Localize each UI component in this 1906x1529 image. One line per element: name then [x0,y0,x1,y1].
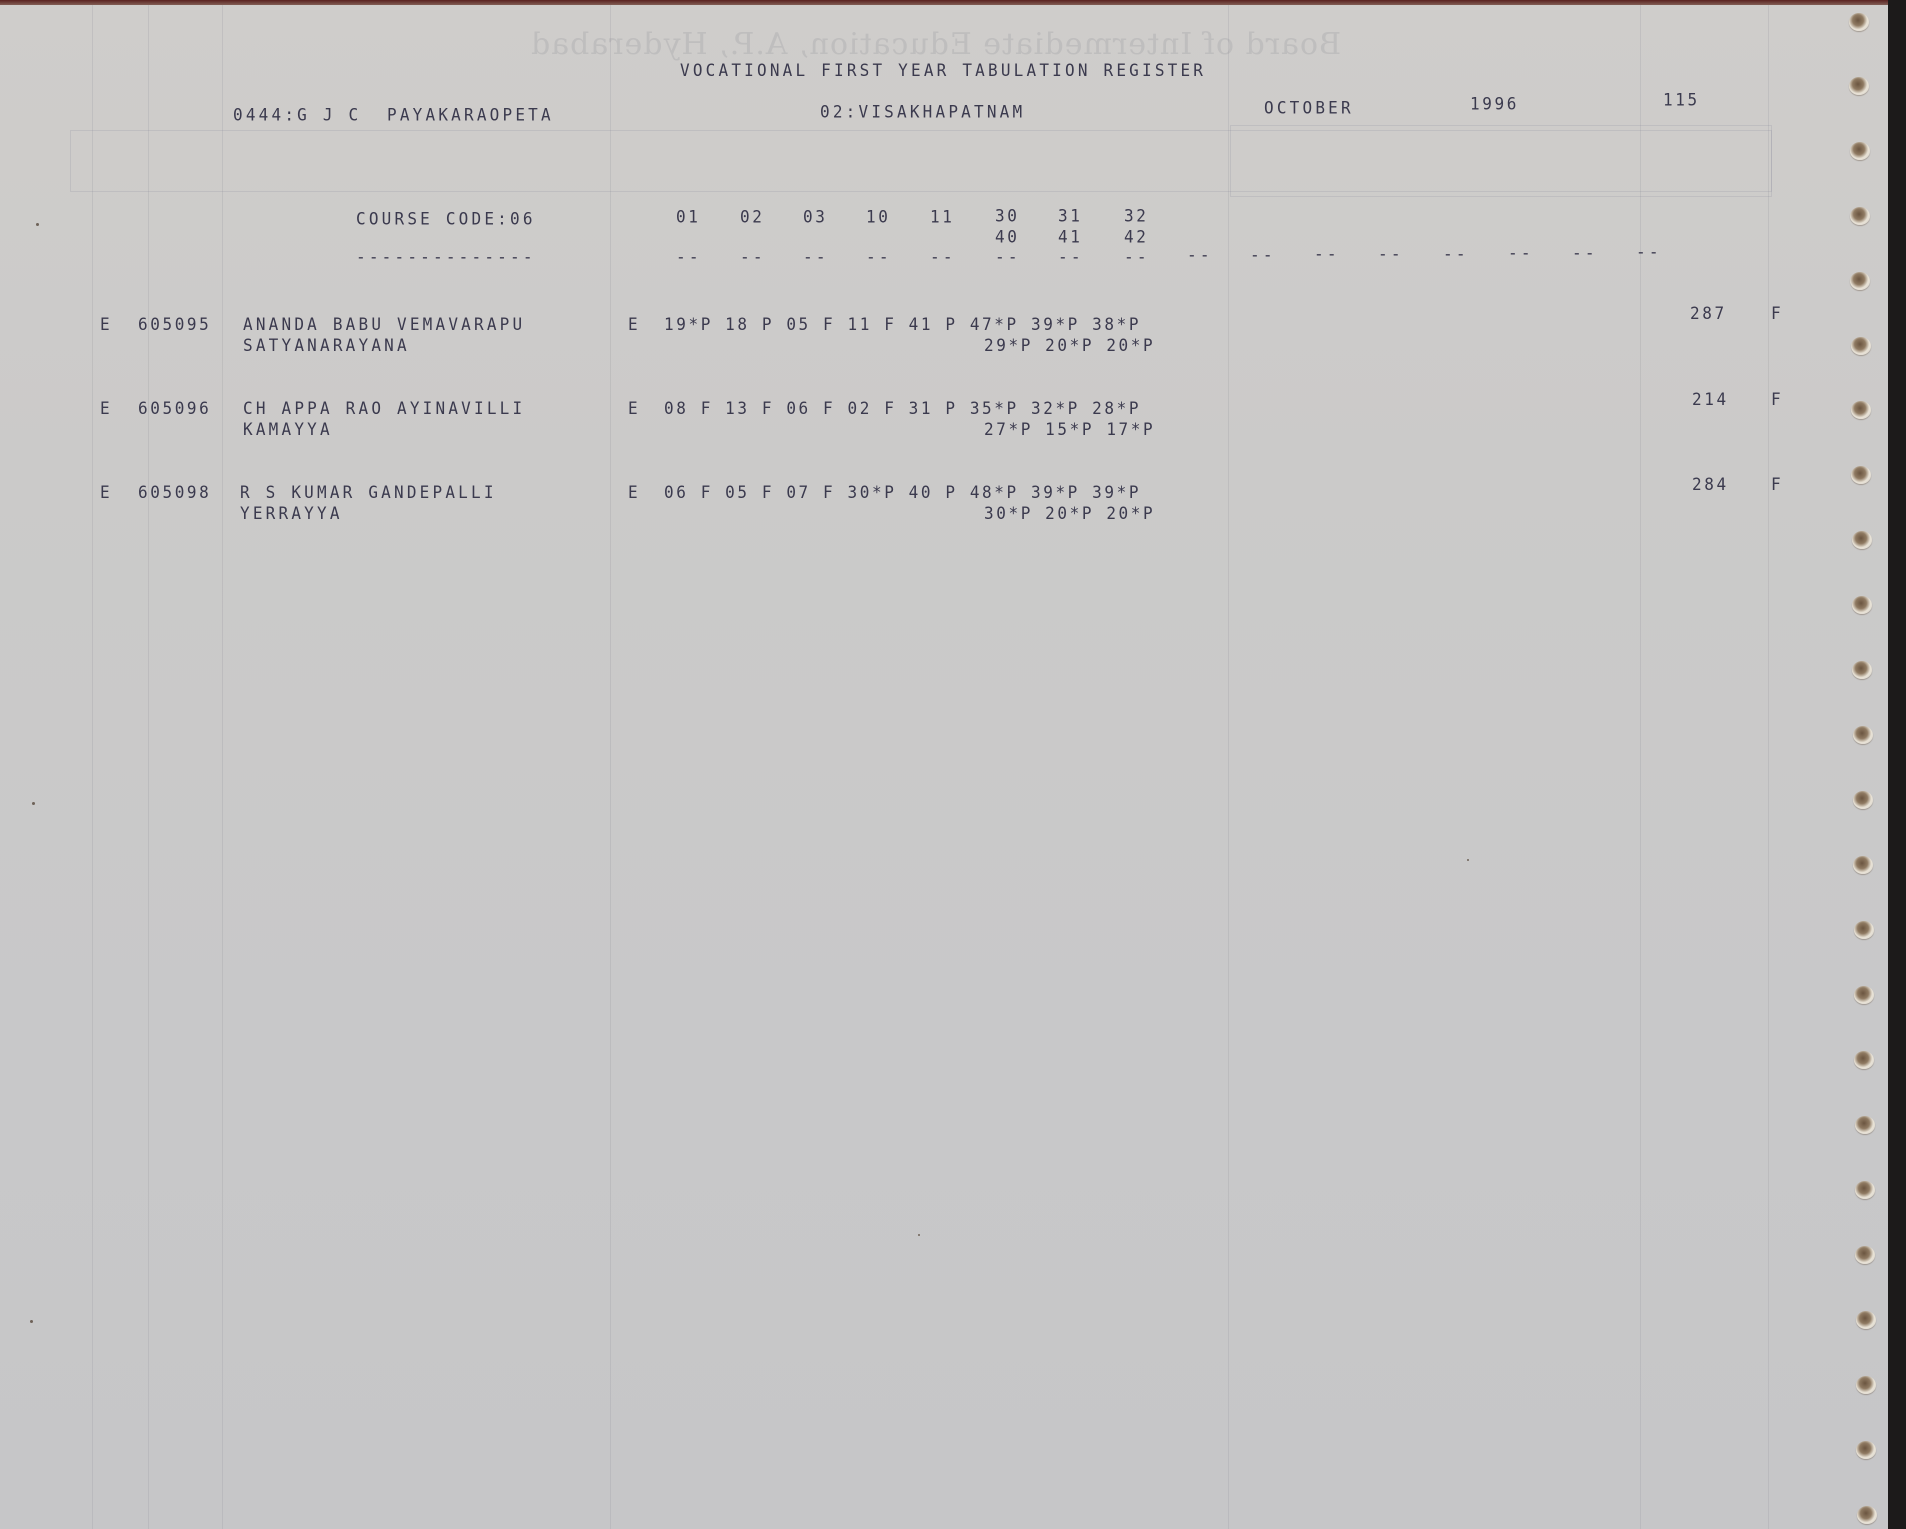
marks-line-1: 06 F 05 F 07 F 30*P 40 P 48*P 39*P 39*P [664,484,1141,503]
column-dash: -- [740,248,766,267]
subject-code: 32 [1124,207,1148,226]
sprocket-hole-icon [1851,337,1871,355]
subject-code: 03 [803,208,827,227]
column-dash: -- [995,248,1021,267]
column-dash: -- [803,248,829,267]
subject-code: 31 [1058,207,1082,226]
exam-year: 1996 [1470,95,1519,114]
student-name: CH APPA RAO AYINAVILLI [243,400,525,419]
subject-code: 01 [676,208,700,227]
total-marks: 284 [1692,476,1729,495]
subject-code: 02 [740,208,764,227]
column-dash: -- [1443,245,1469,264]
sprocket-hole-icon [1854,986,1874,1004]
father-name: SATYANARAYANA [243,337,410,356]
column-dash: -- [1572,244,1598,263]
form-ruling [92,5,93,1529]
student-name: R S KUMAR GANDEPALLI [240,484,497,503]
column-dash: -- [1124,248,1150,267]
medium: E [628,400,641,419]
sprocket-hole-icon [1856,1441,1876,1459]
column-dash: -- [1508,244,1534,263]
medium: E [628,316,641,335]
subject-code: 30 [995,207,1019,226]
paper-speck [32,802,35,805]
paper-speck [1467,859,1469,861]
sprocket-hole-icon [1854,921,1874,939]
sprocket-hole-icon [1853,856,1873,874]
result-status: F [1771,391,1784,410]
column-dash: -- [1058,248,1084,267]
column-dash: -- [1187,246,1213,265]
print-through-form-box [1230,125,1772,197]
father-name: YERRAYYA [240,505,343,524]
paper-speck [30,1320,33,1323]
marks-line-2: 27*P 15*P 17*P [984,421,1155,440]
marks-line-2: 30*P 20*P 20*P [984,505,1155,524]
district-code-name: 02:VISAKHAPATNAM [820,103,1025,122]
marks-line-2: 29*P 20*P 20*P [984,337,1155,356]
column-dash: -- [866,248,892,267]
form-ruling [1640,5,1641,1529]
sprocket-hole-icon [1856,1376,1876,1394]
column-dash: -- [1636,243,1662,262]
sprocket-hole-icon [1852,661,1872,679]
register-title: VOCATIONAL FIRST YEAR TABULATION REGISTE… [680,62,1206,81]
student-name: ANANDA BABU VEMAVARAPU [243,316,525,335]
subject-code: 42 [1124,228,1148,247]
course-code-label: COURSE CODE:06 [356,210,536,229]
medium: E [628,484,641,503]
sprocket-hole-icon [1850,142,1870,160]
college-code-name: 0444:G J C PAYAKARAOPETA [233,106,554,125]
student-category: E [100,484,113,503]
subject-code: 41 [1058,228,1082,247]
sprocket-hole-icon [1851,466,1871,484]
sprocket-hole-icon [1852,531,1872,549]
student-category: E [100,316,113,335]
result-status: F [1771,476,1784,495]
father-name: KAMAYYA [243,421,333,440]
marks-line-1: 08 F 13 F 06 F 02 F 31 P 35*P 32*P 28*P [664,400,1141,419]
subject-code: 11 [930,208,954,227]
roll-number: 605096 [138,400,211,419]
sprocket-hole-icon [1855,1181,1875,1199]
sprocket-hole-icon [1850,272,1870,290]
background-edge [1888,0,1906,1529]
total-marks: 214 [1692,391,1729,410]
sprocket-hole-icon [1853,726,1873,744]
sprocket-hole-icon [1855,1246,1875,1264]
marks-line-1: 19*P 18 P 05 F 11 F 41 P 47*P 39*P 38*P [664,316,1141,335]
print-through-heading: Board of Intermediate Education, A.P., H… [530,27,1341,62]
sprocket-hole-icon [1853,791,1873,809]
roll-number: 605095 [138,316,211,335]
form-ruling [1228,5,1229,1529]
sprocket-hole-icon [1854,1051,1874,1069]
printout-page: Board of Intermediate Education, A.P., H… [0,5,1888,1529]
form-ruling [222,5,223,1529]
course-code-underline: -------------- [356,248,536,267]
sprocket-hole-icon [1851,401,1871,419]
paper-speck [36,223,39,226]
exam-month: OCTOBER [1264,99,1354,118]
form-ruling [148,5,149,1529]
student-category: E [100,400,113,419]
form-ruling [610,5,611,1529]
column-dash: -- [930,248,956,267]
sprocket-hole-icon [1849,77,1869,95]
column-dash: -- [1314,245,1340,264]
sprocket-hole-icon [1849,13,1869,31]
sprocket-hole-icon [1852,596,1872,614]
form-ruling [1768,5,1769,1529]
subject-code: 10 [866,208,890,227]
total-marks: 287 [1690,305,1727,324]
column-dash: -- [1378,245,1404,264]
column-dash: -- [1250,246,1276,265]
result-status: F [1771,305,1784,324]
sprocket-hole-icon [1850,207,1870,225]
column-dash: -- [676,248,702,267]
sprocket-hole-icon [1855,1116,1875,1134]
subject-code: 40 [995,228,1019,247]
roll-number: 605098 [138,484,211,503]
sprocket-hole-icon [1857,1506,1877,1524]
paper-speck [918,1234,920,1236]
page-number: 115 [1663,91,1700,110]
sprocket-hole-icon [1856,1311,1876,1329]
